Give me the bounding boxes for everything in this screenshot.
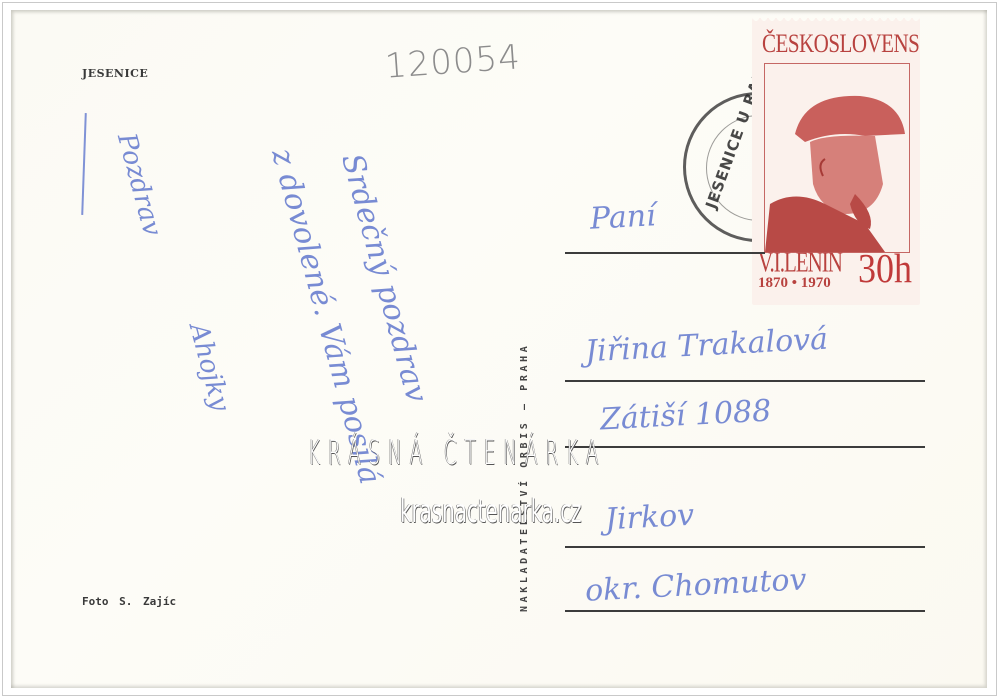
address-line-rule <box>565 252 765 254</box>
publisher-imprint: NAKLADATELSTVÍ ORBIS — PRAHA <box>519 343 530 612</box>
address-line-rule <box>565 446 925 448</box>
lenin-portrait-icon <box>765 64 909 252</box>
stamp-value: 30h <box>858 244 912 292</box>
address-line-rule <box>565 546 925 548</box>
stamp-years: 1870 • 1970 <box>758 275 831 292</box>
watermark-url: krasnactenarka.cz <box>400 492 582 530</box>
stamp-portrait-frame <box>764 63 910 253</box>
postage-stamp: ČESKOSLOVENSKO V.I.LENIN 1870 • 1970 30h <box>752 18 920 305</box>
address-salutation: Paní <box>589 198 656 236</box>
address-line-rule <box>565 380 925 382</box>
address-city: Jirkov <box>604 498 695 538</box>
address-line-rule <box>565 610 925 612</box>
photo-credit: Foto S. Zajíc <box>82 595 176 608</box>
watermark-title: KRÁSNÁ ČTENÁRKA <box>308 433 606 473</box>
place-title: JESENICE <box>82 67 148 80</box>
stamp-country: ČESKOSLOVENSKO <box>762 28 912 59</box>
